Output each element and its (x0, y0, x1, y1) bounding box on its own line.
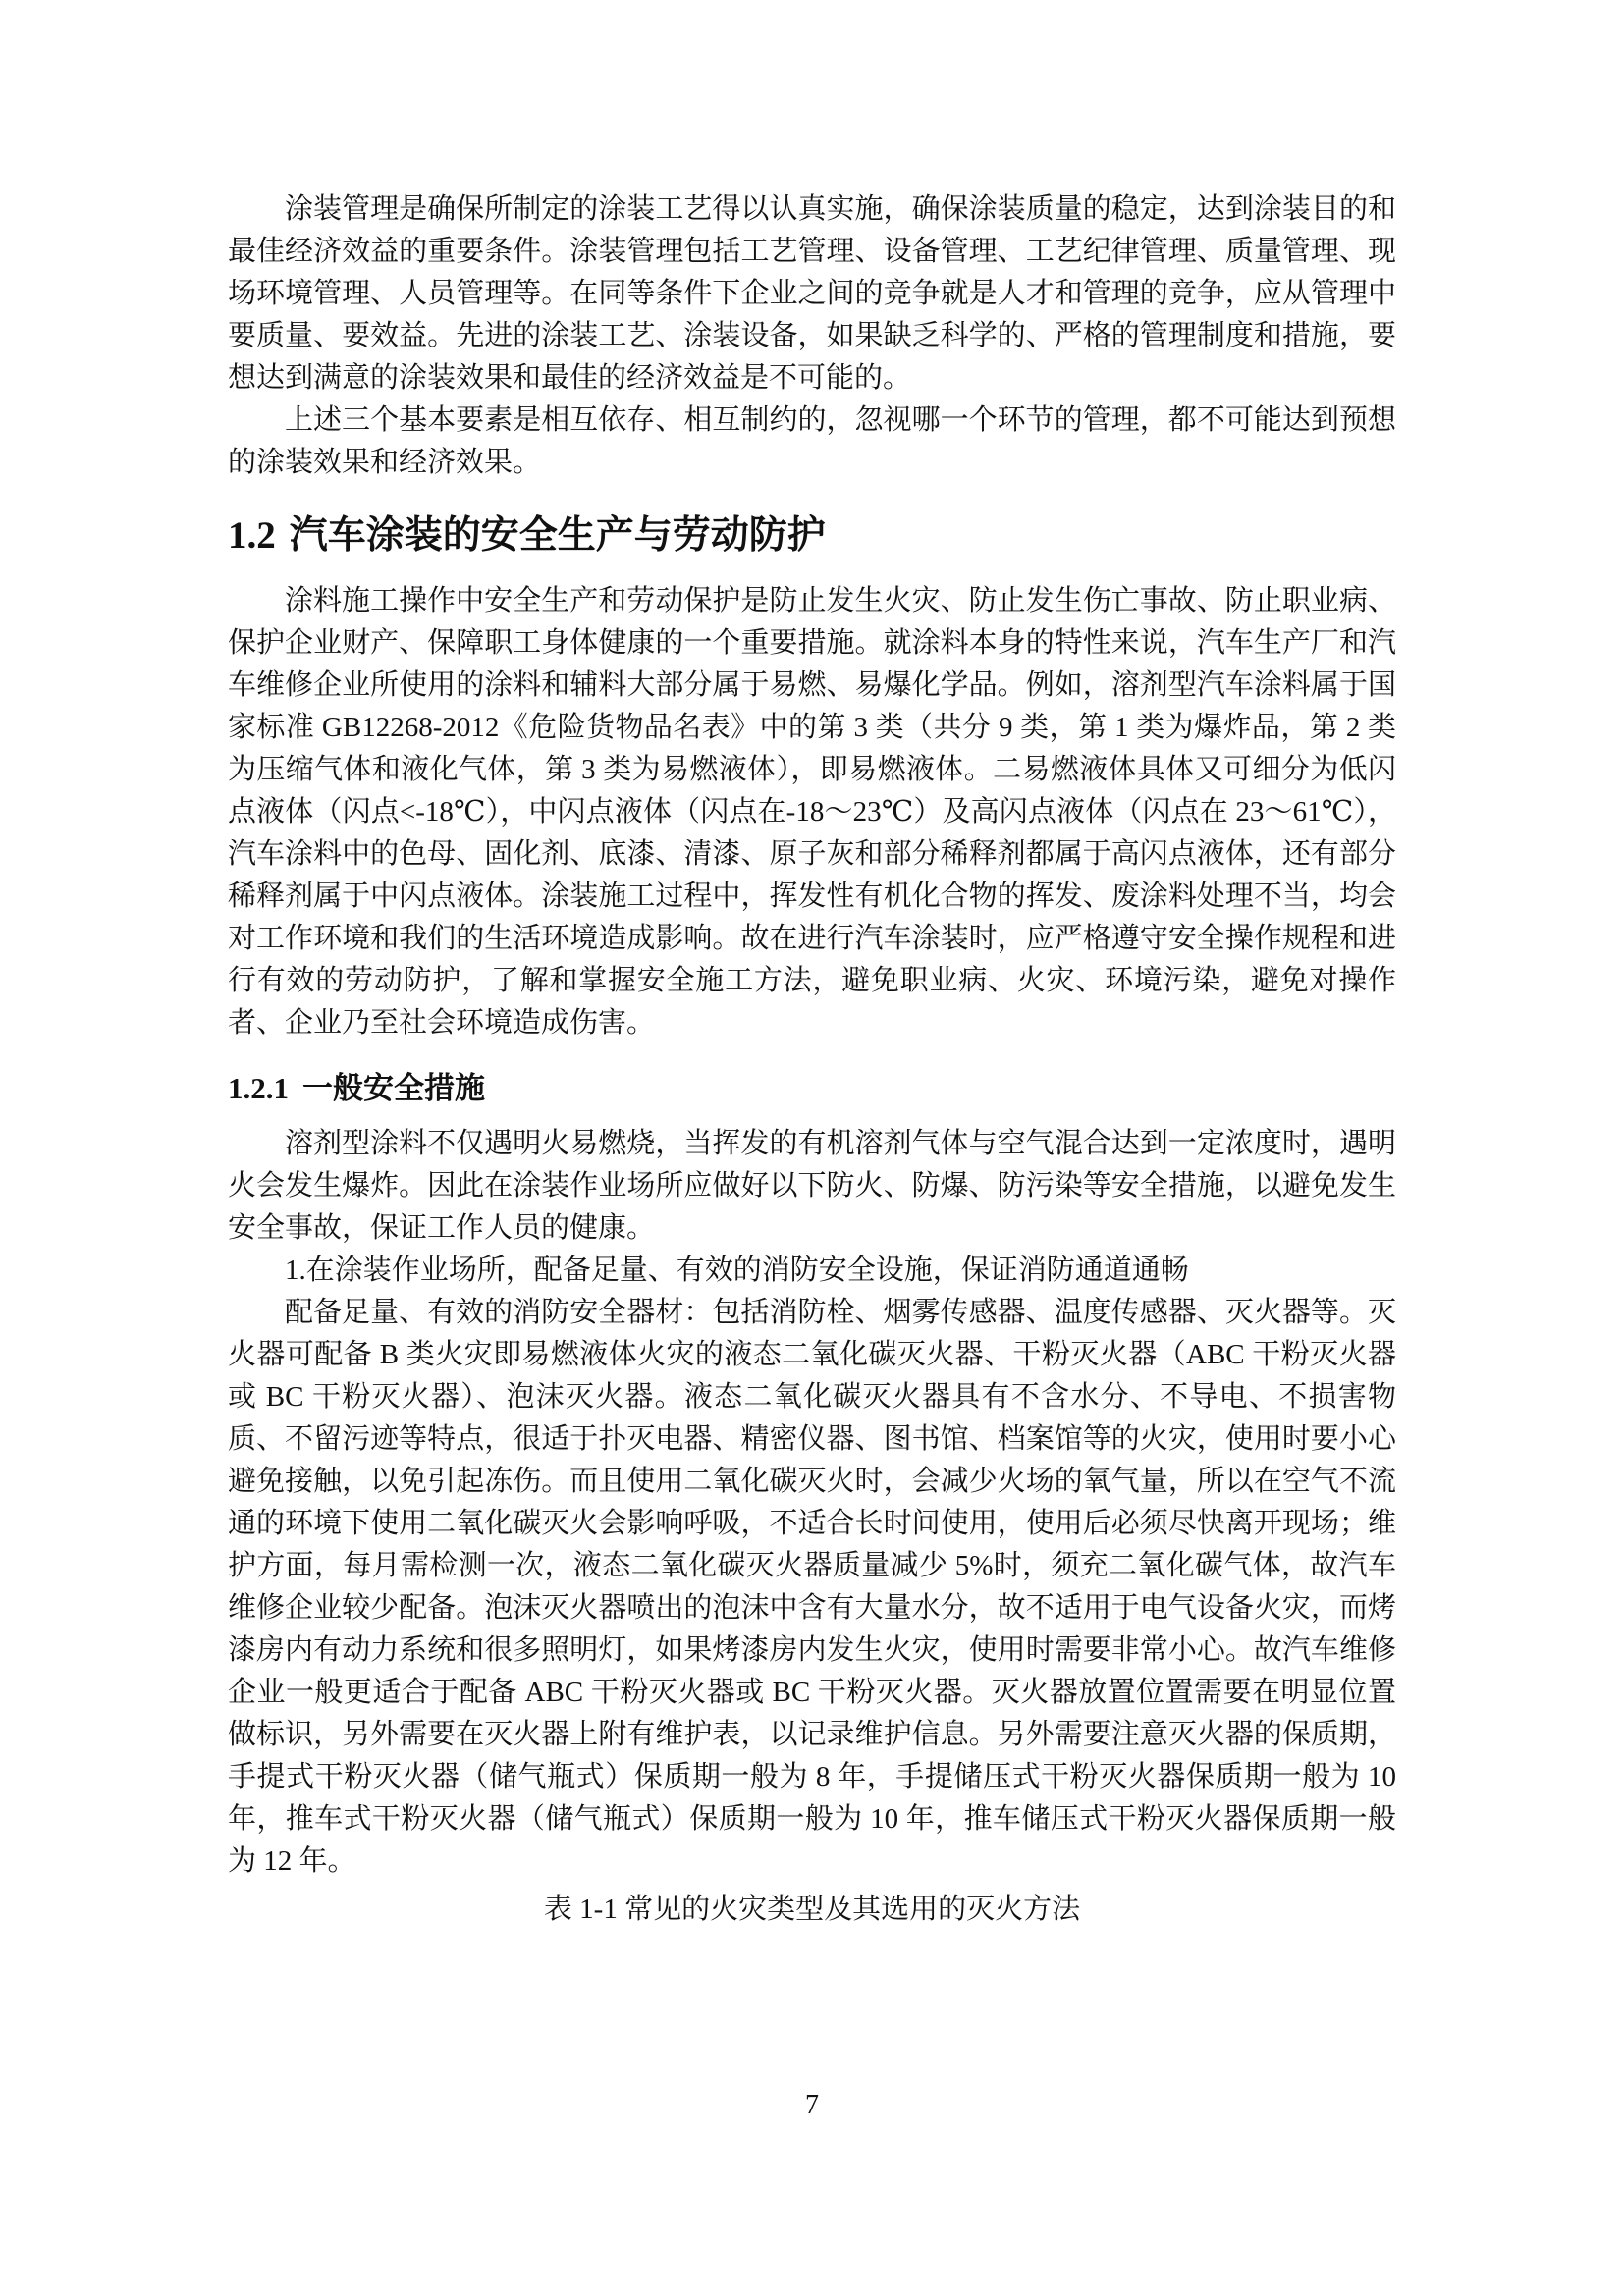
paragraph-coating-management: 涂装管理是确保所制定的涂装工艺得以认真实施，确保涂装质量的稳定，达到涂装目的和最… (228, 188, 1396, 400)
section-heading-1-2-1-title: 一般安全措施 (302, 1071, 485, 1105)
section-heading-1-2-number: 1.2 (228, 514, 276, 557)
paragraph-three-elements: 上述三个基本要素是相互依存、相互制约的，忽视哪一个环节的管理，都不可能达到预想的… (228, 400, 1396, 484)
section-heading-1-2: 1.2汽车涂装的安全生产与劳动防护 (228, 511, 1396, 561)
paragraph-fire-equipment: 配备足量、有效的消防安全器材：包括消防栓、烟雾传感器、温度传感器、灭火器等。灭火… (228, 1292, 1396, 1883)
section-heading-1-2-title: 汽车涂装的安全生产与劳动防护 (290, 514, 826, 557)
section-heading-1-2-1-number: 1.2.1 (228, 1071, 289, 1105)
paragraph-safety-overview: 涂料施工操作中安全生产和劳动保护是防止发生火灾、防止发生伤亡事故、防止职业病、保… (228, 580, 1396, 1044)
text-block: 涂装管理是确保所制定的涂装工艺得以认真实施，确保涂装质量的稳定，达到涂装目的和最… (228, 188, 1396, 1931)
list-item-fire-facilities: 1.在涂装作业场所，配备足量、有效的消防安全设施，保证消防通道通畅 (228, 1250, 1396, 1292)
table-caption: 表 1-1 常见的火灾类型及其选用的灭火方法 (228, 1889, 1396, 1931)
document-page: 涂装管理是确保所制定的涂装工艺得以认真实施，确保涂装质量的稳定，达到涂装目的和最… (0, 0, 1624, 2296)
section-heading-1-2-1: 1.2.1一般安全措施 (228, 1070, 1396, 1107)
paragraph-solvent-coatings: 溶剂型涂料不仅遇明火易燃烧，当挥发的有机溶剂气体与空气混合达到一定浓度时，遇明火… (228, 1123, 1396, 1250)
page-number: 7 (0, 2089, 1624, 2122)
